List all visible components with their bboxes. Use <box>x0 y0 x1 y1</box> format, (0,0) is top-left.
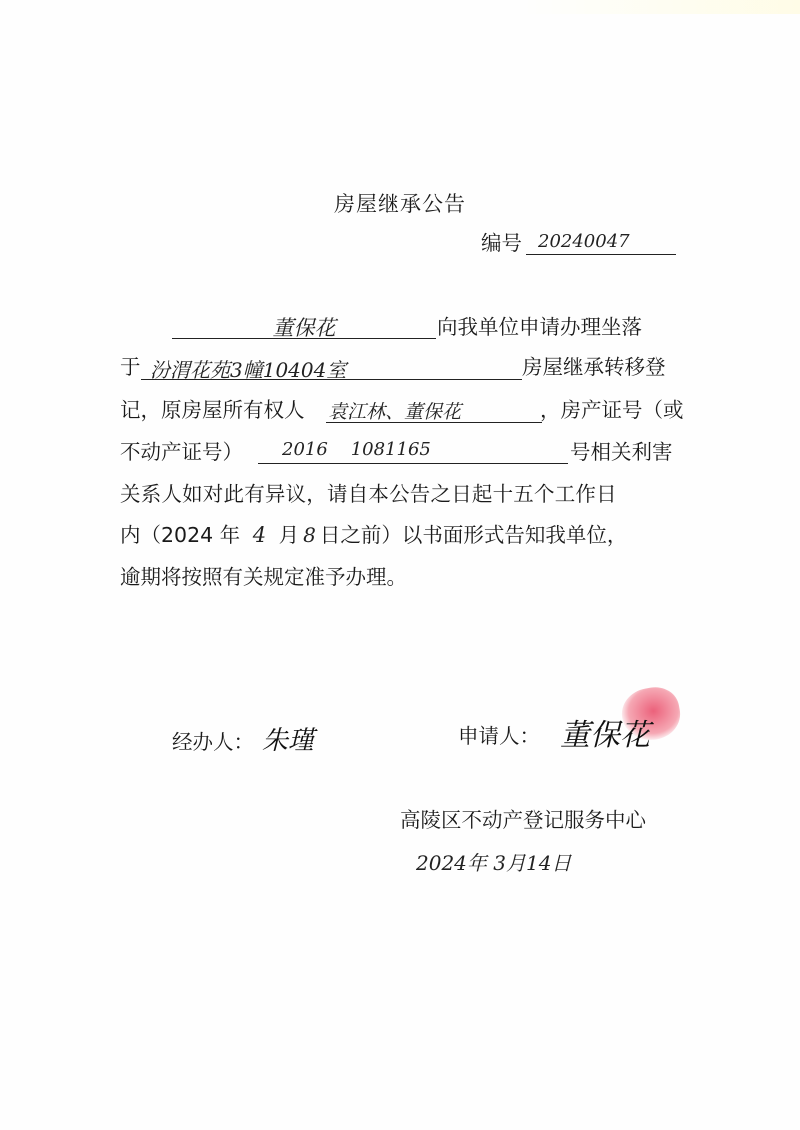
applicant-label: 申请人： <box>458 722 540 750</box>
certificate-number-handwritten: 2016 1081165 <box>282 439 431 460</box>
issuing-organization: 高陵区不动产登记服务中心 <box>400 806 646 834</box>
issue-date-handwritten: 2024年 3月14日 <box>416 847 571 876</box>
document-page: 房屋继承公告 编号 20240047 董保花 向我单位申请办理坐落 于 汾渭花苑… <box>0 0 800 1130</box>
serial-underline <box>526 254 676 255</box>
body-line-1: 向我单位申请办理坐落 <box>437 313 642 341</box>
body-line-6-suffix: 日之前）以书面形式告知我单位， <box>320 523 628 547</box>
body-line-3-suffix: ，房产证号（或 <box>540 396 684 424</box>
handler-signature: 朱瑾 <box>262 720 314 757</box>
serial-value: 20240047 <box>538 231 630 252</box>
body-line-4-suffix: 号相关利害 <box>570 438 673 466</box>
applicant-signature: 董保花 <box>560 710 650 754</box>
document-title: 房屋继承公告 <box>0 188 800 218</box>
body-line-7: 逾期将按照有关规定准予办理。 <box>120 563 407 591</box>
body-line-6-prefix: 内（2024 年 <box>120 523 240 547</box>
original-owners-handwritten: 袁江林、董保花 <box>328 397 461 424</box>
property-address-handwritten: 汾渭花苑3幢10404室 <box>150 354 346 383</box>
body-line-3-prefix: 记，原房屋所有权人 <box>120 396 305 424</box>
deadline-day-handwritten: 8 <box>299 523 320 547</box>
body-line-2-prefix: 于 <box>120 353 141 381</box>
body-line-2-suffix: 房屋继承转移登 <box>522 353 666 381</box>
applicant-name-handwritten: 董保花 <box>172 312 436 342</box>
scan-edge-tint <box>520 0 800 14</box>
deadline-month-handwritten: 4 <box>247 523 272 547</box>
body-line-5: 关系人如对此有异议，请自本公告之日起十五个工作日 <box>120 480 617 508</box>
certificate-underline <box>258 463 568 464</box>
serial-label: 编号 <box>481 229 522 257</box>
handler-label: 经办人： <box>172 728 254 756</box>
body-line-6-month-label: 月 <box>279 523 300 547</box>
body-line-4-prefix: 不动产证号） <box>120 438 243 466</box>
